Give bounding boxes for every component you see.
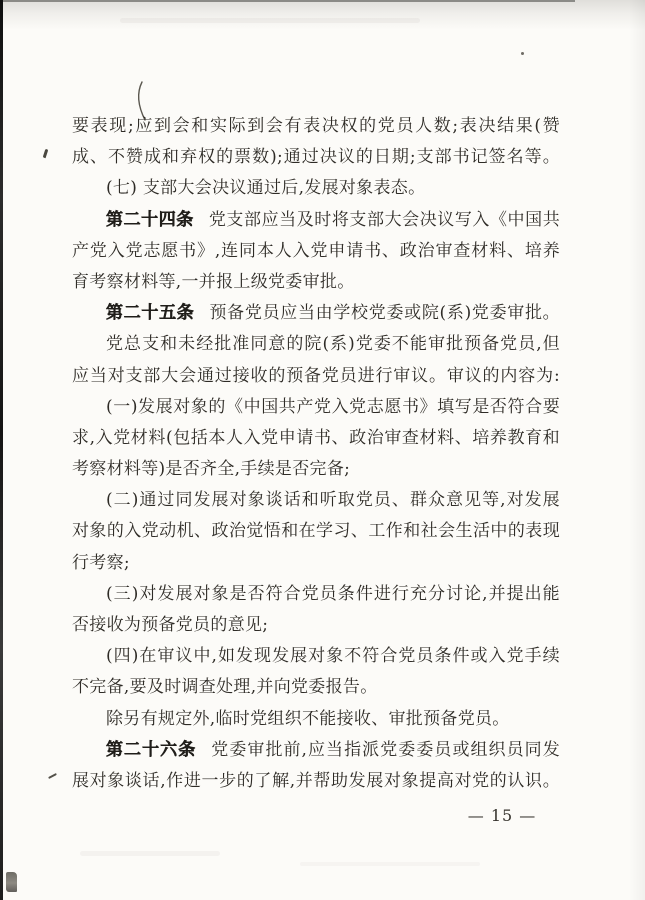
article-number-heading: 第二十六条	[106, 740, 196, 760]
scan-shadow-top	[0, 0, 645, 30]
text-line: 要表现;应到会和实际到会有表决权的党员人数;表决结果(赞	[72, 111, 560, 142]
scan-smudge-faint	[300, 862, 480, 866]
text-line: (七) 支部大会决议通过后,发展对象表态。	[72, 173, 560, 204]
article-number-heading: 第二十四条	[106, 210, 194, 230]
text-line: (三)对发展对象是否符合党员条件进行充分讨论,并提出能	[72, 579, 560, 610]
text-line: 对象的入党动机、政治觉悟和在学习、工作和社会生活中的表现进	[72, 516, 560, 547]
text-line: 产党入党志愿书》,连同本人入党申请书、政治审查材料、培养教	[72, 236, 560, 267]
text-line: 成、不赞成和弃权的票数);通过决议的日期;支部书记签名等。	[72, 142, 560, 173]
text-line: 展对象谈话,作进一步的了解,并帮助发展对象提高对党的认识。	[72, 766, 560, 797]
scan-edge-left-strip	[0, 0, 3, 900]
ink-speck-tick	[48, 773, 57, 779]
text-line: 考察材料等)是否齐全,手续是否完备;	[72, 454, 560, 485]
text-line: 第二十五条预备党员应当由学校党委或院(系)党委审批。	[72, 298, 560, 329]
text-line: (四)在审议中,如发现发展对象不符合党员条件或入党手续	[72, 641, 560, 672]
text-line: 行考察;	[72, 548, 560, 579]
text-line: 否接收为预备党员的意见;	[72, 610, 560, 641]
text-line: 除另有规定外,临时党组织不能接收、审批预备党员。	[72, 704, 560, 735]
text-line: (一)发展对象的《中国共产党入党志愿书》填写是否符合要	[72, 392, 560, 423]
text-line: 求,入党材料(包括本人入党申请书、政治审查材料、培养教育和	[72, 423, 560, 454]
text-line: 第二十六条党委审批前,应当指派党委委员或组织员同发	[72, 735, 560, 766]
scan-smudge-faint	[120, 18, 420, 23]
text-line: (二)通过同发展对象谈话和听取党员、群众意见等,对发展	[72, 485, 560, 516]
text-line: 育考察材料等,一并报上级党委审批。	[72, 267, 560, 298]
document-body: 要表现;应到会和实际到会有表决权的党员人数;表决结果(赞成、不赞成和弃权的票数)…	[72, 111, 560, 797]
ink-speck-dot	[521, 52, 524, 55]
scan-edge-top-line	[0, 0, 575, 2]
page-number: — 15 —	[462, 806, 542, 825]
ink-speck-comma	[43, 149, 49, 158]
text-line: 应当对支部大会通过接收的预备党员进行审议。审议的内容为:	[72, 361, 560, 392]
scan-smudge-bottom-left	[6, 872, 17, 892]
article-number-heading: 第二十五条	[106, 303, 194, 323]
text-line: 第二十四条党支部应当及时将支部大会决议写入《中国共	[72, 205, 560, 236]
scanned-document-page: 要表现;应到会和实际到会有表决权的党员人数;表决结果(赞成、不赞成和弃权的票数)…	[0, 0, 645, 900]
scan-smudge-faint	[80, 851, 220, 856]
scan-shade-right	[629, 0, 645, 900]
text-line: 党总支和未经批准同意的院(系)党委不能审批预备党员,但	[72, 329, 560, 360]
text-line: 不完备,要及时调查处理,并向党委报告。	[72, 672, 560, 703]
